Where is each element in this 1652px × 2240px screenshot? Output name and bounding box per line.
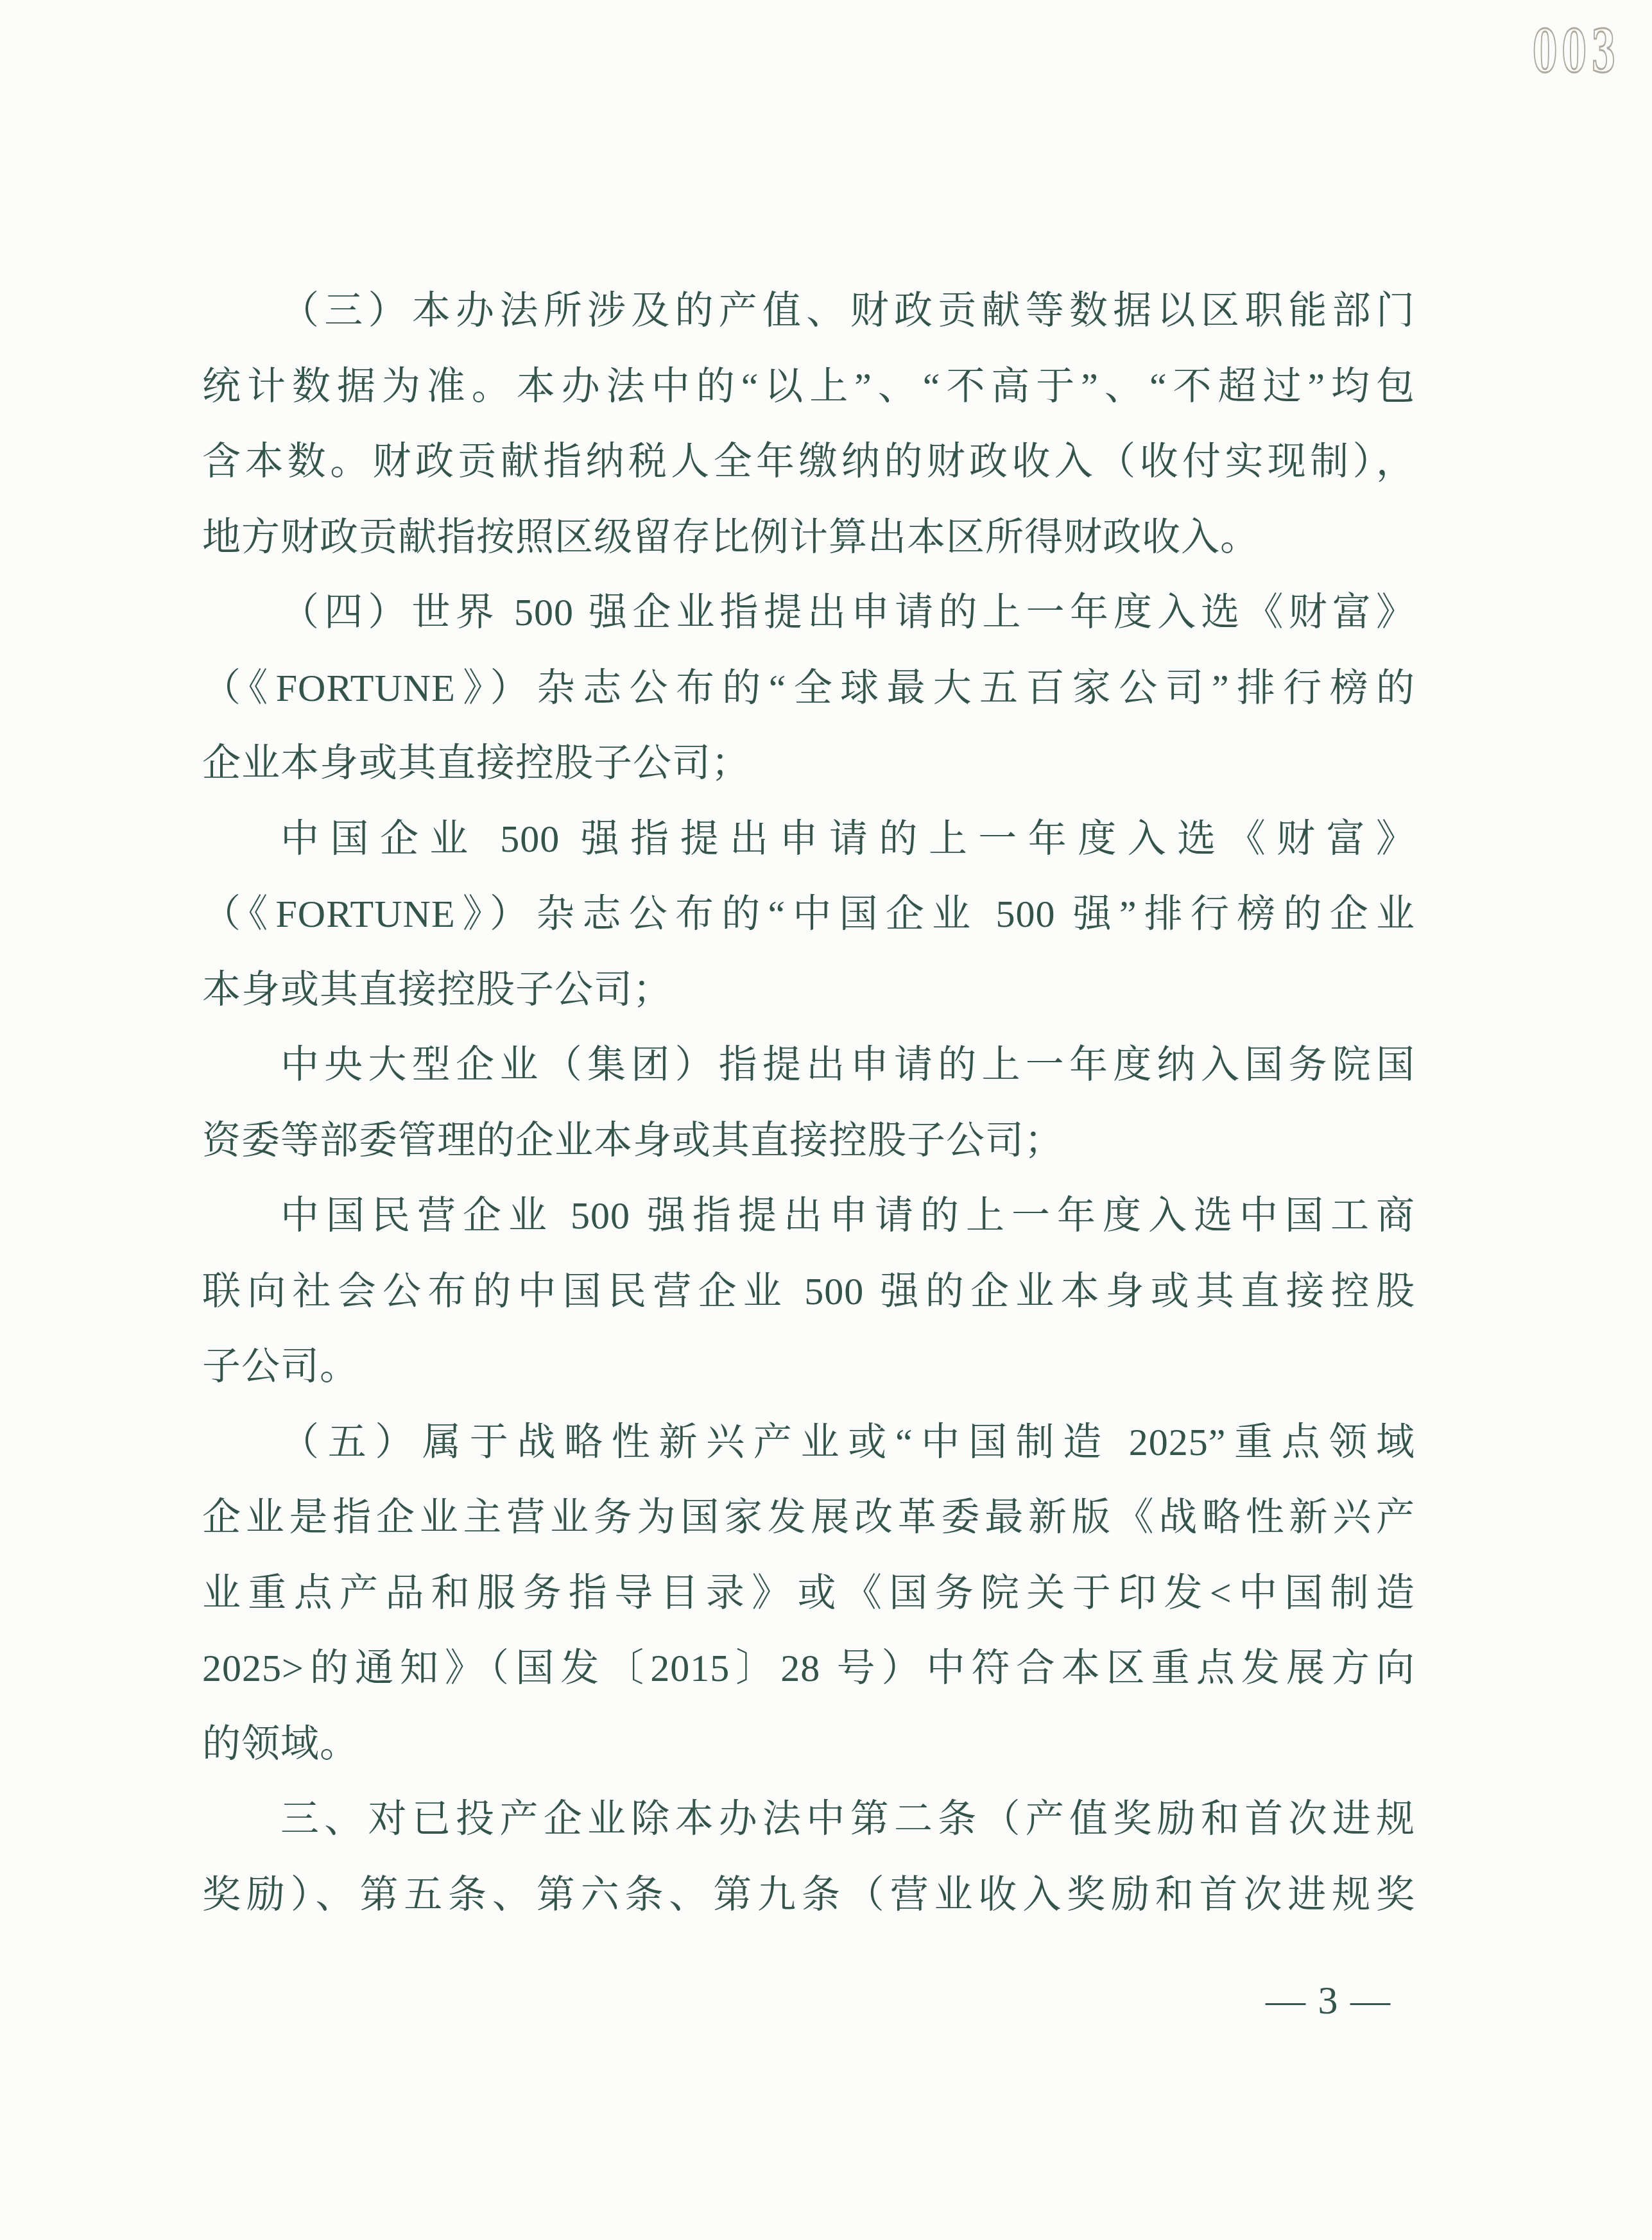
text-line: 地方财政贡献指按照区级留存比例计算出本区所得财政收入。: [202, 500, 1415, 576]
text-line: 企业本身或其直接控股子公司；: [202, 726, 1415, 802]
text-line: 本身或其直接控股子公司；: [202, 952, 1415, 1028]
text-line: 奖励）、第五条、第六条、第九条（营业收入奖励和首次进规奖: [202, 1857, 1415, 1933]
text-line: （四）世界 500 强企业指提出申请的上一年度入选《财富》: [202, 575, 1415, 651]
text-line: 的领域。: [202, 1707, 1415, 1782]
document-body: （三）本办法所涉及的产值、财政贡献等数据以区职能部门统计数据为准。本办法中的“以…: [202, 273, 1415, 1933]
text-line: 2025>的通知》（国发〔2015〕28 号）中符合本区重点发展方向: [202, 1631, 1415, 1707]
text-line: 子公司。: [202, 1329, 1415, 1405]
text-line: 中国民营企业 500 强指提出申请的上一年度入选中国工商: [202, 1178, 1415, 1254]
text-line: 业重点产品和服务指导目录》或《国务院关于印发<中国制造: [202, 1556, 1415, 1632]
text-line: 三、对已投产企业除本办法中第二条（产值奖励和首次进规: [202, 1782, 1415, 1857]
text-line: 中国企业 500 强指提出申请的上一年度入选《财富》: [202, 802, 1415, 877]
text-line: （《FORTUNE》）杂志公布的“全球最大五百家公司”排行榜的: [202, 651, 1415, 727]
text-line: 含本数。财政贡献指纳税人全年缴纳的财政收入（收付实现制），: [202, 424, 1415, 500]
text-line: 企业是指企业主营业务为国家发展改革委最新版《战略性新兴产: [202, 1480, 1415, 1556]
text-line: 联向社会公布的中国民营企业 500 强的企业本身或其直接控股: [202, 1254, 1415, 1330]
text-line: 资委等部委管理的企业本身或其直接控股子公司；: [202, 1103, 1415, 1179]
page-number: — 3 —: [1266, 1981, 1391, 2020]
text-line: 统计数据为准。本办法中的“以上”、“不高于”、“不超过”均包: [202, 349, 1415, 425]
text-line: （《FORTUNE》）杂志公布的“中国企业 500 强”排行榜的企业: [202, 877, 1415, 952]
page-stamp-number: 003: [1533, 22, 1621, 81]
text-line: （五）属于战略性新兴产业或“中国制造 2025”重点领域: [202, 1405, 1415, 1481]
text-line: 中央大型企业（集团）指提出申请的上一年度纳入国务院国: [202, 1028, 1415, 1103]
text-line: （三）本办法所涉及的产值、财政贡献等数据以区职能部门: [202, 273, 1415, 349]
document-page: 003 （三）本办法所涉及的产值、财政贡献等数据以区职能部门统计数据为准。本办法…: [0, 0, 1652, 2240]
